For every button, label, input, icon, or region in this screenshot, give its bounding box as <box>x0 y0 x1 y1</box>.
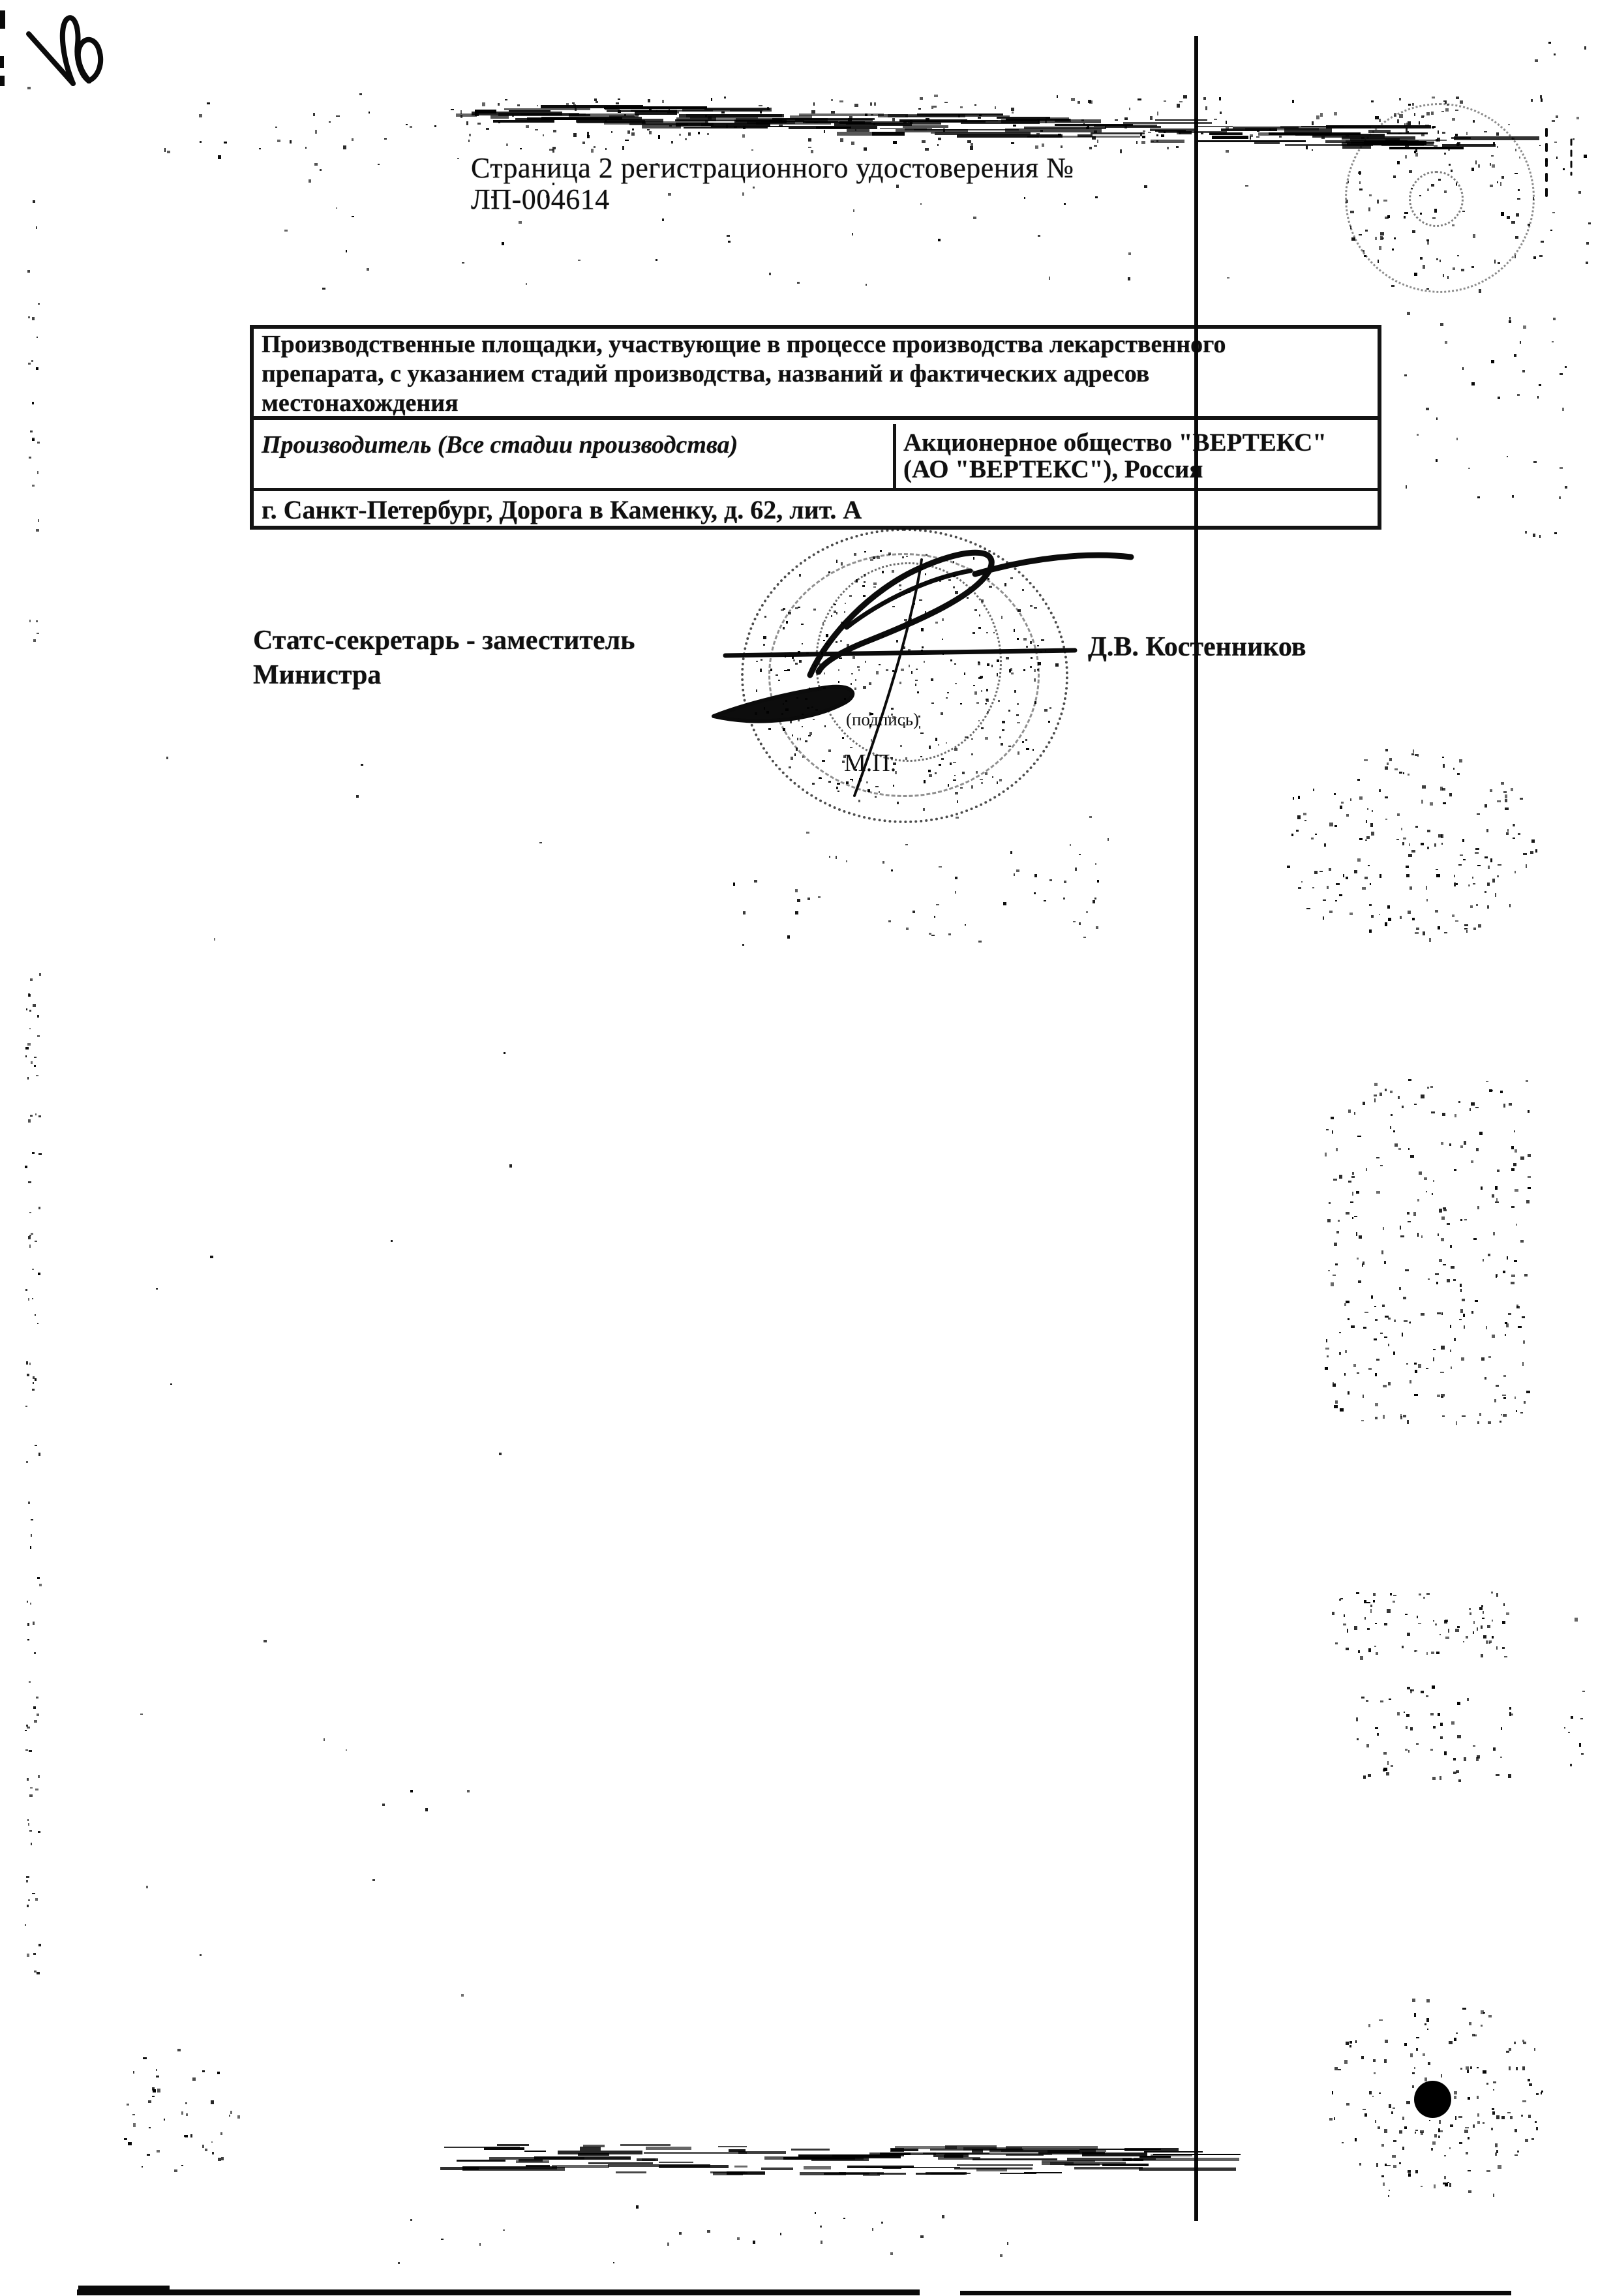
scan-left-edge <box>0 56 4 68</box>
scanned-certificate-page: { "page": { "title": "Страница 2 регистр… <box>0 0 1598 2296</box>
scan-left-edge <box>0 10 5 29</box>
scan-bottom-edge <box>960 2291 1511 2295</box>
scan-fold-line <box>1194 36 1198 2221</box>
scan-bottom-edge <box>77 2289 920 2295</box>
punch-hole-dot <box>1414 2081 1451 2118</box>
corner-scribble-mark <box>29 18 100 83</box>
handwritten-signature <box>714 552 1131 796</box>
scan-bottom-edge <box>78 2286 170 2291</box>
signature-line <box>725 650 1075 656</box>
scan-left-edge <box>0 76 5 86</box>
handwriting-layer <box>0 0 1598 2296</box>
